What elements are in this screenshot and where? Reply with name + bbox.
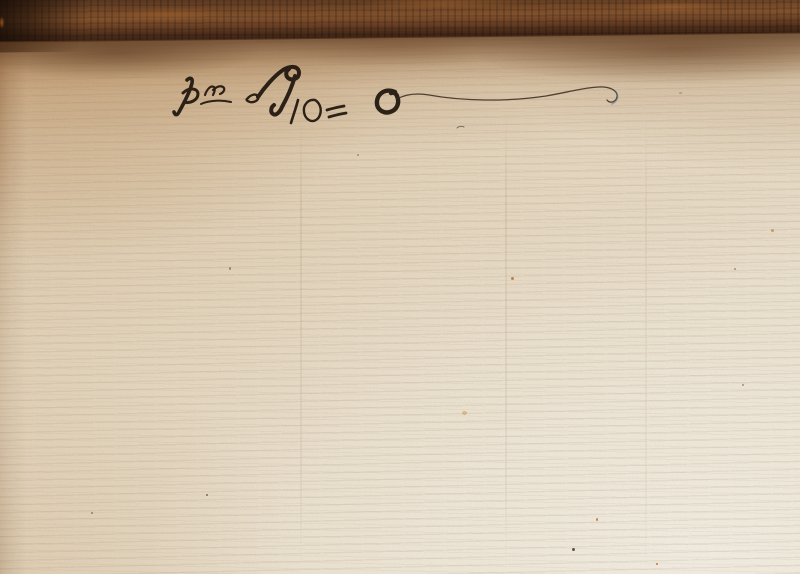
- paper-grain-texture: [0, 0, 800, 574]
- manuscript-photo: [0, 0, 800, 574]
